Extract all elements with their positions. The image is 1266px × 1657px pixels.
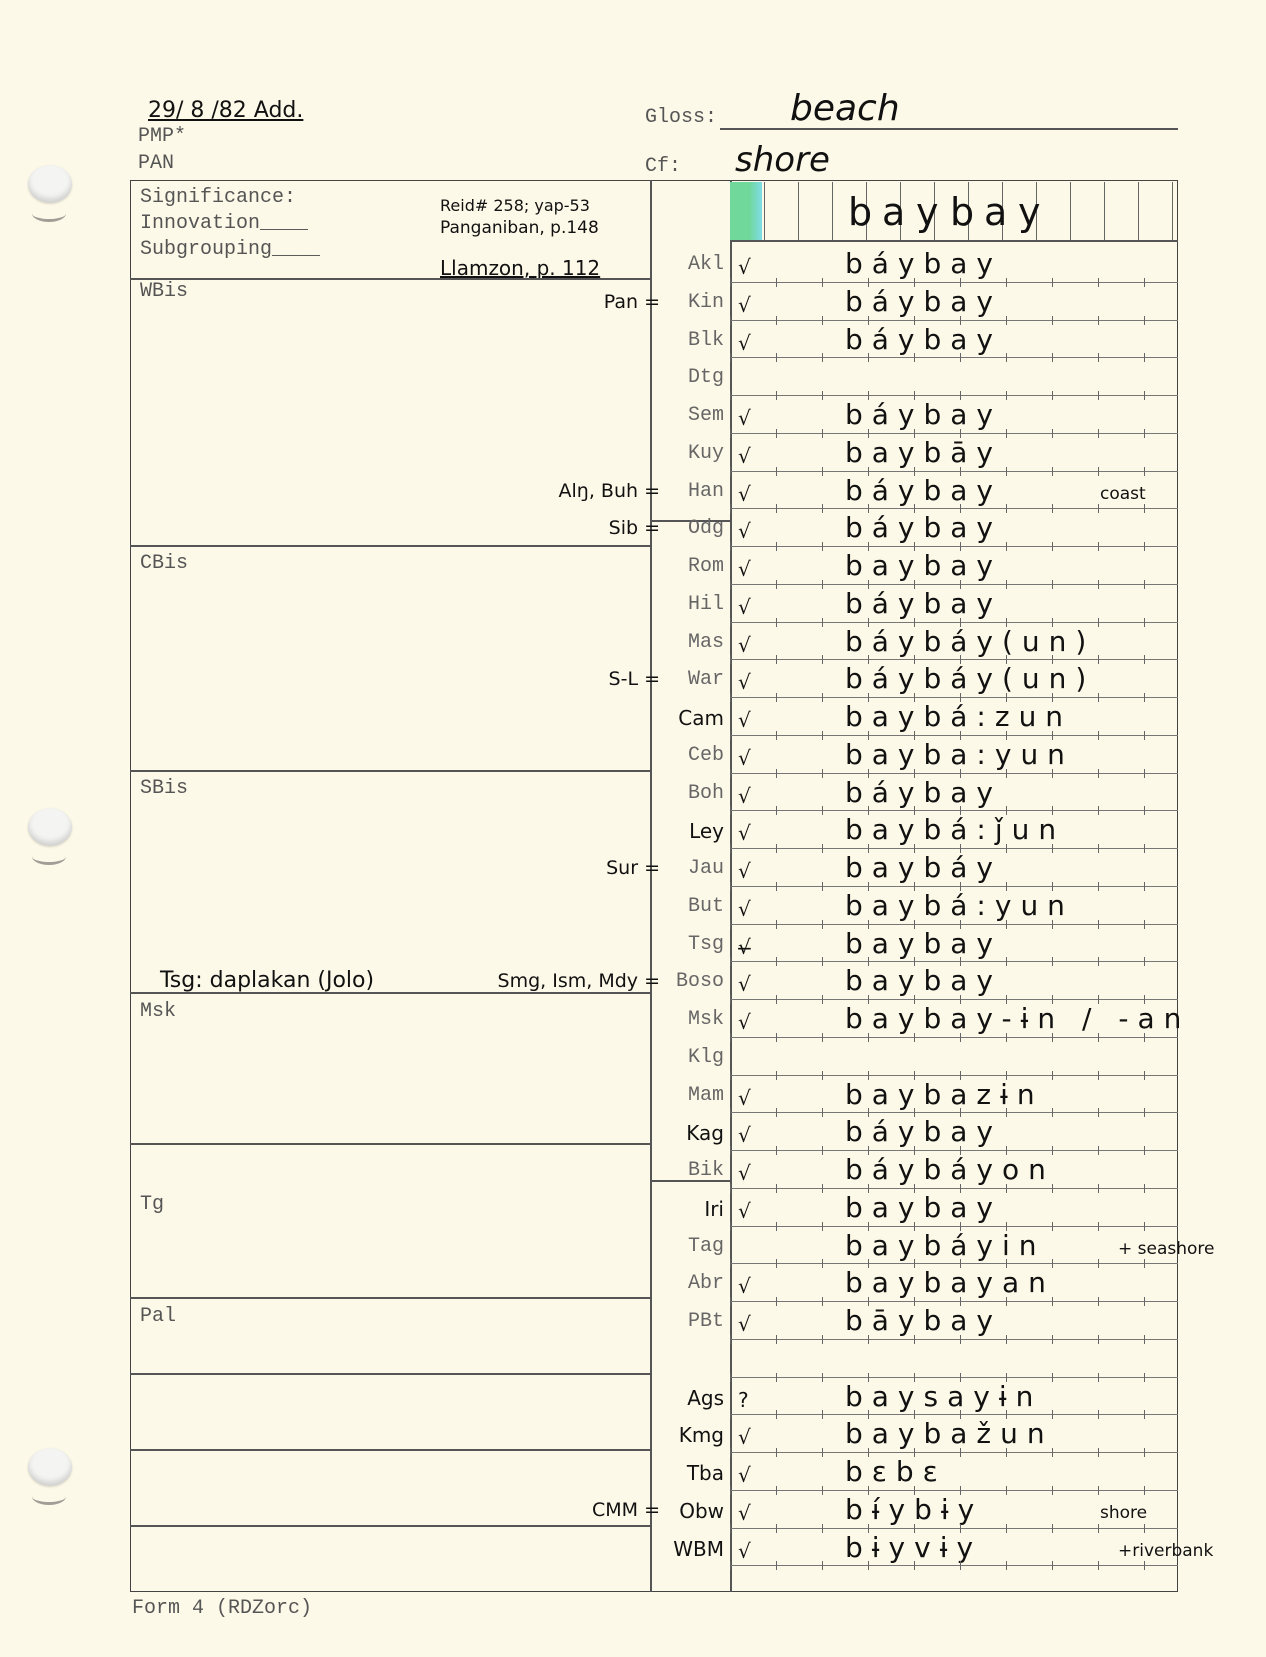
language-label: Hil <box>642 593 724 616</box>
cf-label: Cf: <box>645 155 681 178</box>
cognate-form[interactable]: baybay-ɨn / -an <box>845 1002 1190 1035</box>
group-cbis: CBis <box>140 552 188 575</box>
check-mark[interactable]: √ <box>738 406 751 430</box>
language-label: PBt <box>642 1310 724 1333</box>
date-note: 29/ 8 /82 Add. <box>148 98 303 123</box>
subgroup-prefix: CMM = <box>380 1499 660 1521</box>
highlight-marker <box>730 182 762 240</box>
cognate-form[interactable]: baybay <box>845 927 1002 960</box>
language-label: But <box>642 895 724 918</box>
reconstruction-letter: y <box>916 190 939 234</box>
gloss-underline <box>720 128 1178 130</box>
row-ticks <box>730 1335 1178 1344</box>
language-label: Akl <box>642 253 724 276</box>
language-label: WBM <box>642 1537 724 1561</box>
language-label: Ceb <box>642 744 724 767</box>
check-mark[interactable]: √ <box>738 482 751 506</box>
subgroup-prefix: Sib = <box>380 517 660 539</box>
language-label: Boh <box>642 782 724 805</box>
cognate-form[interactable]: báybay <box>845 323 1002 356</box>
row-ticks <box>730 353 1178 362</box>
check-mark[interactable]: √ <box>738 1010 751 1034</box>
reconstruction-cell <box>1172 182 1173 240</box>
cognate-form[interactable]: báybay <box>845 474 1002 507</box>
reconstruction-cell <box>798 182 799 240</box>
reference-reid: Reid# 258; yap-53 <box>440 196 590 215</box>
cognate-form[interactable]: bāybay <box>845 1304 1002 1337</box>
reconstruction-letter: y <box>1018 190 1041 234</box>
check-mark[interactable]: √ <box>738 557 751 581</box>
check-mark[interactable]: √ <box>738 1199 751 1223</box>
cognate-form[interactable]: baybá:ǰun <box>845 813 1065 846</box>
group-divider <box>130 770 650 772</box>
binder-hole-top <box>28 165 72 203</box>
language-label: Tsg <box>642 933 724 956</box>
check-mark[interactable]: √ <box>738 897 751 921</box>
check-mark[interactable]: √ <box>738 784 751 808</box>
cognate-form[interactable]: baybay <box>845 549 1002 582</box>
language-label: Mam <box>642 1084 724 1107</box>
language-label: Klg <box>642 1046 724 1069</box>
check-mark[interactable]: √ <box>738 444 751 468</box>
reconstruction-cell <box>832 182 833 240</box>
row-ticks <box>730 1448 1178 1457</box>
group-divider <box>130 1525 650 1527</box>
group-divider <box>130 1373 650 1375</box>
check-mark[interactable]: √ <box>738 633 751 657</box>
language-label: Mas <box>642 631 724 654</box>
cognate-form[interactable]: baybay <box>845 1191 1002 1224</box>
subgroup-prefix: Smg, Ism, Mdy = <box>380 970 660 992</box>
group-wbis: WBis <box>140 280 188 303</box>
check-mark[interactable]: √ <box>738 1086 751 1110</box>
reconstruction-letter: b <box>848 190 872 234</box>
language-label: Tba <box>642 1461 724 1485</box>
language-label: Rom <box>642 555 724 578</box>
reconstruction-cell <box>764 182 765 240</box>
form-footer-label: Form 4 (RDZorc) <box>132 1597 312 1620</box>
language-label: Dtg <box>642 366 724 389</box>
group-divider <box>130 1297 650 1299</box>
gloss-label: Gloss: <box>645 106 717 129</box>
cognate-form[interactable]: baybá:zun <box>845 700 1072 733</box>
cognate-form[interactable]: baybay <box>845 964 1002 997</box>
language-label: Tag <box>642 1235 724 1258</box>
language-label: Kmg <box>642 1423 724 1447</box>
language-label: Cam <box>642 706 724 730</box>
gloss-note: + seashore <box>1118 1239 1215 1259</box>
gloss-note: +riverbank <box>1118 1541 1213 1561</box>
check-mark[interactable]: √ <box>738 1501 751 1525</box>
group-tg: Tg <box>140 1193 164 1216</box>
language-label: Ags <box>642 1386 724 1410</box>
cognate-form[interactable]: báybay <box>845 398 1002 431</box>
cognate-form[interactable]: bɨyvɨy <box>845 1531 982 1564</box>
check-mark[interactable]: √ <box>738 1463 751 1487</box>
check-mark[interactable]: √ <box>738 255 751 279</box>
language-label: Kuy <box>642 442 724 465</box>
row-ticks <box>730 1033 1178 1042</box>
check-mark[interactable]: √ <box>738 331 751 355</box>
significance-title: Significance: <box>140 186 296 209</box>
cognate-form[interactable]: báybay <box>845 1115 1002 1148</box>
language-label: Blk <box>642 329 724 352</box>
check-mark[interactable]: √ <box>738 972 751 996</box>
cognate-form[interactable]: baybayan <box>845 1266 1055 1299</box>
language-label: Msk <box>642 1008 724 1031</box>
check-mark[interactable]: √ <box>738 1425 751 1449</box>
cognate-form[interactable]: bɨ́ybɨy <box>845 1493 983 1526</box>
check-mark[interactable]: ? <box>738 1388 749 1412</box>
check-mark[interactable]: √̶ <box>738 935 751 959</box>
cognate-form[interactable]: baybáy <box>845 851 1002 884</box>
reconstruction-baseline <box>730 240 1178 242</box>
subgroup-prefix: Alŋ, Buh = <box>380 480 660 502</box>
language-label: Bik <box>642 1159 724 1182</box>
check-mark[interactable]: √ <box>738 708 751 732</box>
cognate-form[interactable]: baybáyin <box>845 1229 1046 1262</box>
check-mark[interactable]: √ <box>738 670 751 694</box>
reconstruction-cell <box>1070 182 1071 240</box>
group-sbis: SBis <box>140 777 188 800</box>
reference-llamzon: Llamzon, p. 112 <box>440 256 600 280</box>
cognate-form[interactable]: bayba:yun <box>845 738 1074 771</box>
cognate-form[interactable]: báybay <box>845 511 1002 544</box>
group-msk: Msk <box>140 1000 176 1023</box>
gloss-note: coast <box>1100 484 1146 504</box>
gloss-value[interactable]: beach <box>790 88 900 129</box>
check-mark[interactable]: √ <box>738 1123 751 1147</box>
cognate-form[interactable]: báybáy(un) <box>845 662 1095 695</box>
language-column-divider <box>650 180 652 1592</box>
cognate-form[interactable]: baysayɨn <box>845 1380 1042 1413</box>
innovation-field[interactable]: Innovation____ <box>140 212 308 235</box>
group-pal: Pal <box>140 1305 176 1328</box>
cognate-form[interactable]: báybay <box>845 247 1002 280</box>
group-divider <box>130 1449 650 1451</box>
check-mark[interactable]: √ <box>738 859 751 883</box>
cognate-form[interactable]: báybay <box>845 285 1002 318</box>
check-mark[interactable]: √ <box>738 1161 751 1185</box>
language-label: Ley <box>642 819 724 843</box>
cognate-form[interactable]: baybá:yun <box>845 889 1074 922</box>
reconstruction-letter: a <box>984 190 1007 234</box>
reference-panganiban: Panganiban, p.148 <box>440 218 599 238</box>
cognate-form[interactable]: báybáyon <box>845 1153 1055 1186</box>
subgroup-prefix: S-L = <box>380 668 660 690</box>
binder-hole-shadow <box>32 1488 66 1505</box>
binder-hole-middle <box>28 808 72 846</box>
gloss-note: shore <box>1100 1503 1147 1523</box>
subgroup-prefix: Pan = <box>380 291 660 313</box>
reconstruction-cell <box>1138 182 1139 240</box>
check-mark[interactable]: √ <box>738 595 751 619</box>
pmp-label: PMP* <box>138 125 186 148</box>
language-label: Iri <box>642 1197 724 1221</box>
group-divider <box>130 545 650 547</box>
check-mark[interactable]: √ <box>738 293 751 317</box>
cognate-form[interactable]: baybāy <box>845 436 1002 469</box>
binder-hole-shadow <box>32 848 66 865</box>
cognate-form[interactable]: baybažun <box>845 1417 1054 1450</box>
binder-hole-shadow <box>32 205 66 222</box>
subgrouping-field[interactable]: Subgrouping____ <box>140 238 320 261</box>
cognate-form[interactable]: báybay <box>845 776 1002 809</box>
group-divider <box>130 1143 650 1145</box>
check-mark[interactable]: √ <box>738 1274 751 1298</box>
check-mark[interactable]: √ <box>738 746 751 770</box>
reconstruction-cell <box>1104 182 1105 240</box>
binder-hole-bottom <box>28 1448 72 1486</box>
significance-divider <box>130 278 650 280</box>
check-mark[interactable]: √ <box>738 519 751 543</box>
pan-label: PAN <box>138 152 174 175</box>
check-mark[interactable]: √ <box>738 1312 751 1336</box>
cognate-form[interactable]: báybáy(un) <box>845 625 1095 658</box>
reconstruction-letter: b <box>950 190 974 234</box>
cognate-form[interactable]: baybazɨn <box>845 1078 1044 1111</box>
tsg-side-note: Tsg: daplakan (Jolo) <box>160 968 374 993</box>
row-ticks <box>730 1561 1178 1570</box>
language-label: Sem <box>642 404 724 427</box>
language-label: Kag <box>642 1121 724 1145</box>
reconstruction-letter: a <box>882 190 905 234</box>
check-mark[interactable]: √ <box>738 821 751 845</box>
cf-value[interactable]: shore <box>735 140 830 180</box>
language-label: Abr <box>642 1272 724 1295</box>
subgroup-prefix: Sur = <box>380 857 660 879</box>
cognate-form[interactable]: bɛbɛ <box>845 1455 947 1488</box>
check-mark[interactable]: √ <box>738 1539 751 1563</box>
cognate-form[interactable]: báybay <box>845 587 1002 620</box>
